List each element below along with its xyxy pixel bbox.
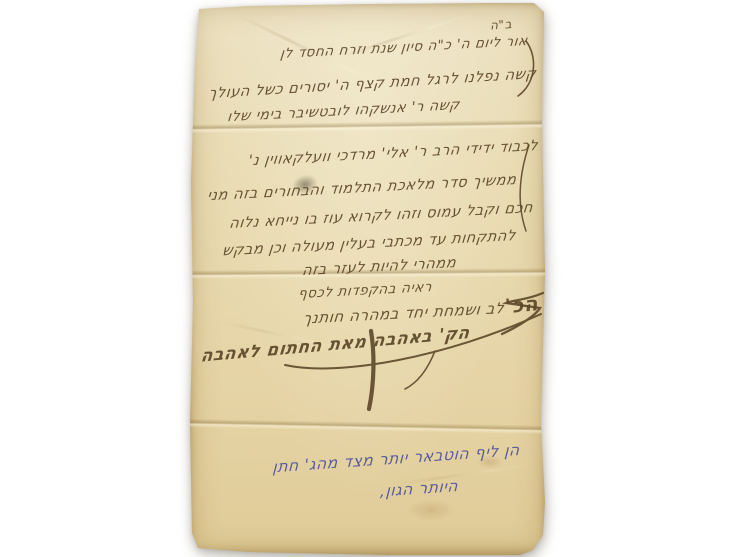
letter-photograph: ב"ה אור ליום ה' כ"ה סיון שנת וזרח החסד ל… bbox=[0, 0, 740, 557]
closing-initials: הכ' bbox=[504, 291, 539, 318]
paper-sheet-wrapper: ב"ה אור ליום ה' כ"ה סיון שנת וזרח החסד ל… bbox=[189, 3, 546, 555]
blue-annotation-line: היותר הגון, bbox=[379, 477, 458, 501]
fold-crease-bottom bbox=[185, 418, 550, 434]
header-mark: ב"ה bbox=[489, 17, 512, 33]
handwritten-line: להתקחות עד מכתבי בעלין מעולה וכן מבקש bbox=[222, 228, 517, 260]
handwritten-line: לכבוד ידידי הרב ר' אלי' מרדכי וועלקאווין… bbox=[247, 138, 539, 169]
signature-line: הק' באהבה מאת החתום לאהבה bbox=[200, 323, 471, 367]
paper-sheet: ב"ה אור ליום ה' כ"ה סיון שנת וזרח החסד ל… bbox=[189, 3, 546, 555]
paper-stain bbox=[407, 499, 455, 521]
handwritten-line: קשה נפלנו לרגל חמת קצף ה' יסורים כשל העו… bbox=[207, 66, 537, 102]
handwritten-line: ממשיך סדר מלאכת התלמוד והבחורים בזה מני bbox=[207, 172, 518, 204]
handwritten-line: ראיה בהקפדות לכסף bbox=[297, 279, 433, 302]
handwritten-line: חכם וקבל עמוס וזהו לקרוא עוז בו נייחא נל… bbox=[228, 200, 534, 232]
handwritten-line: לב ושמחת יחד במהרה חותנך bbox=[302, 299, 505, 328]
